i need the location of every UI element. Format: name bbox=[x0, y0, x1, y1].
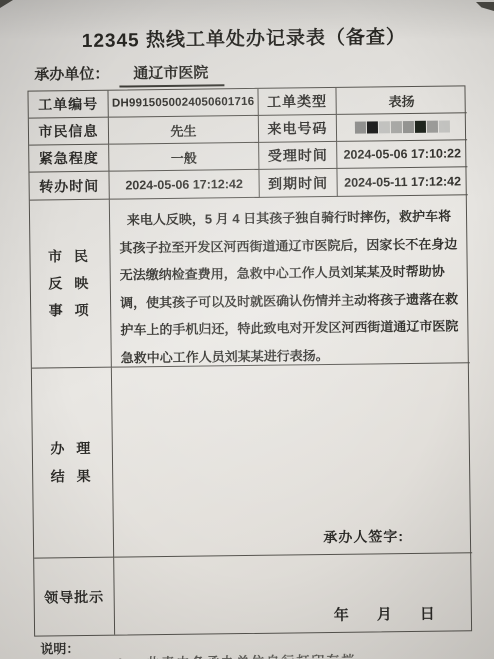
citizen-reflection-cell: 来电人反映，5 月 4 日其孩子独自骑行时摔伤，救护车将其孩子拉至开发区河西街道… bbox=[110, 195, 470, 367]
field-value-order-number: DH9915050024050601716 bbox=[108, 89, 258, 118]
field-value-citizen-info: 先生 bbox=[109, 116, 259, 145]
field-label-order-number: 工单编号 bbox=[28, 91, 108, 119]
note-label: 说明： bbox=[40, 638, 79, 657]
field-label-order-type: 工单类型 bbox=[258, 88, 336, 116]
date-placeholder: 年 月 日 bbox=[334, 603, 435, 625]
year-char: 年 bbox=[334, 604, 349, 625]
day-char: 日 bbox=[420, 603, 435, 624]
field-value-urgency: 一般 bbox=[109, 143, 259, 172]
field-label-transfer-time: 转办时间 bbox=[29, 172, 109, 201]
clipped-footnote-line: 1、 此表由各承办单位自行打印存档…… bbox=[116, 648, 486, 659]
undertaker-label: 承办单位： bbox=[34, 66, 109, 84]
field-label-due-time: 到期时间 bbox=[259, 169, 337, 198]
document-title: 12345 热线工单处办记录表（备查） bbox=[0, 21, 491, 54]
field-value-transfer-time: 2024-05-06 17:12:42 bbox=[109, 170, 259, 200]
citizen-reflection-text: 来电人反映，5 月 4 日其孩子独自骑行时摔伤，救护车将其孩子拉至开发区河西街道… bbox=[110, 195, 470, 367]
field-value-due-time: 2024-05-11 17:12:42 bbox=[337, 167, 467, 197]
field-value-order-type: 表扬 bbox=[336, 86, 466, 115]
field-label-urgency: 紧急程度 bbox=[29, 145, 109, 173]
field-value-accept-time: 2024-05-06 17:10:22 bbox=[337, 140, 467, 169]
month-char: 月 bbox=[377, 603, 392, 624]
undertaker-line: 承办单位：通辽市医院 bbox=[34, 61, 224, 88]
section-label-citizen-reflection: 市 民 反 映 事 项 bbox=[30, 200, 112, 369]
leader-approval-cell: 年 月 日 bbox=[114, 553, 473, 634]
field-label-citizen-info: 市民信息 bbox=[29, 118, 109, 146]
paper-sheet: 12345 热线工单处办记录表（备查） 承办单位：通辽市医院 工单编号 DH99… bbox=[0, 0, 494, 659]
handler-signature-label: 承办人签字: bbox=[323, 526, 404, 547]
photographed-document: 12345 热线工单处办记录表（备查） 承办单位：通辽市医院 工单编号 DH99… bbox=[0, 0, 494, 659]
work-order-table: 工单编号 DH9915050024050601716 工单类型 表扬 市民信息 … bbox=[27, 85, 472, 636]
undertaker-value: 通辽市医院 bbox=[119, 61, 224, 87]
field-value-caller-number bbox=[337, 113, 467, 142]
handling-result-cell: 承办人签字: bbox=[112, 363, 472, 557]
section-label-leader-approval: 领导批示 bbox=[34, 558, 115, 636]
field-label-accept-time: 受理时间 bbox=[259, 142, 337, 170]
phone-redaction-mosaic bbox=[354, 120, 449, 134]
section-label-handling-result: 办 理 结 果 bbox=[32, 368, 114, 559]
field-label-caller-number: 来电号码 bbox=[259, 115, 337, 143]
